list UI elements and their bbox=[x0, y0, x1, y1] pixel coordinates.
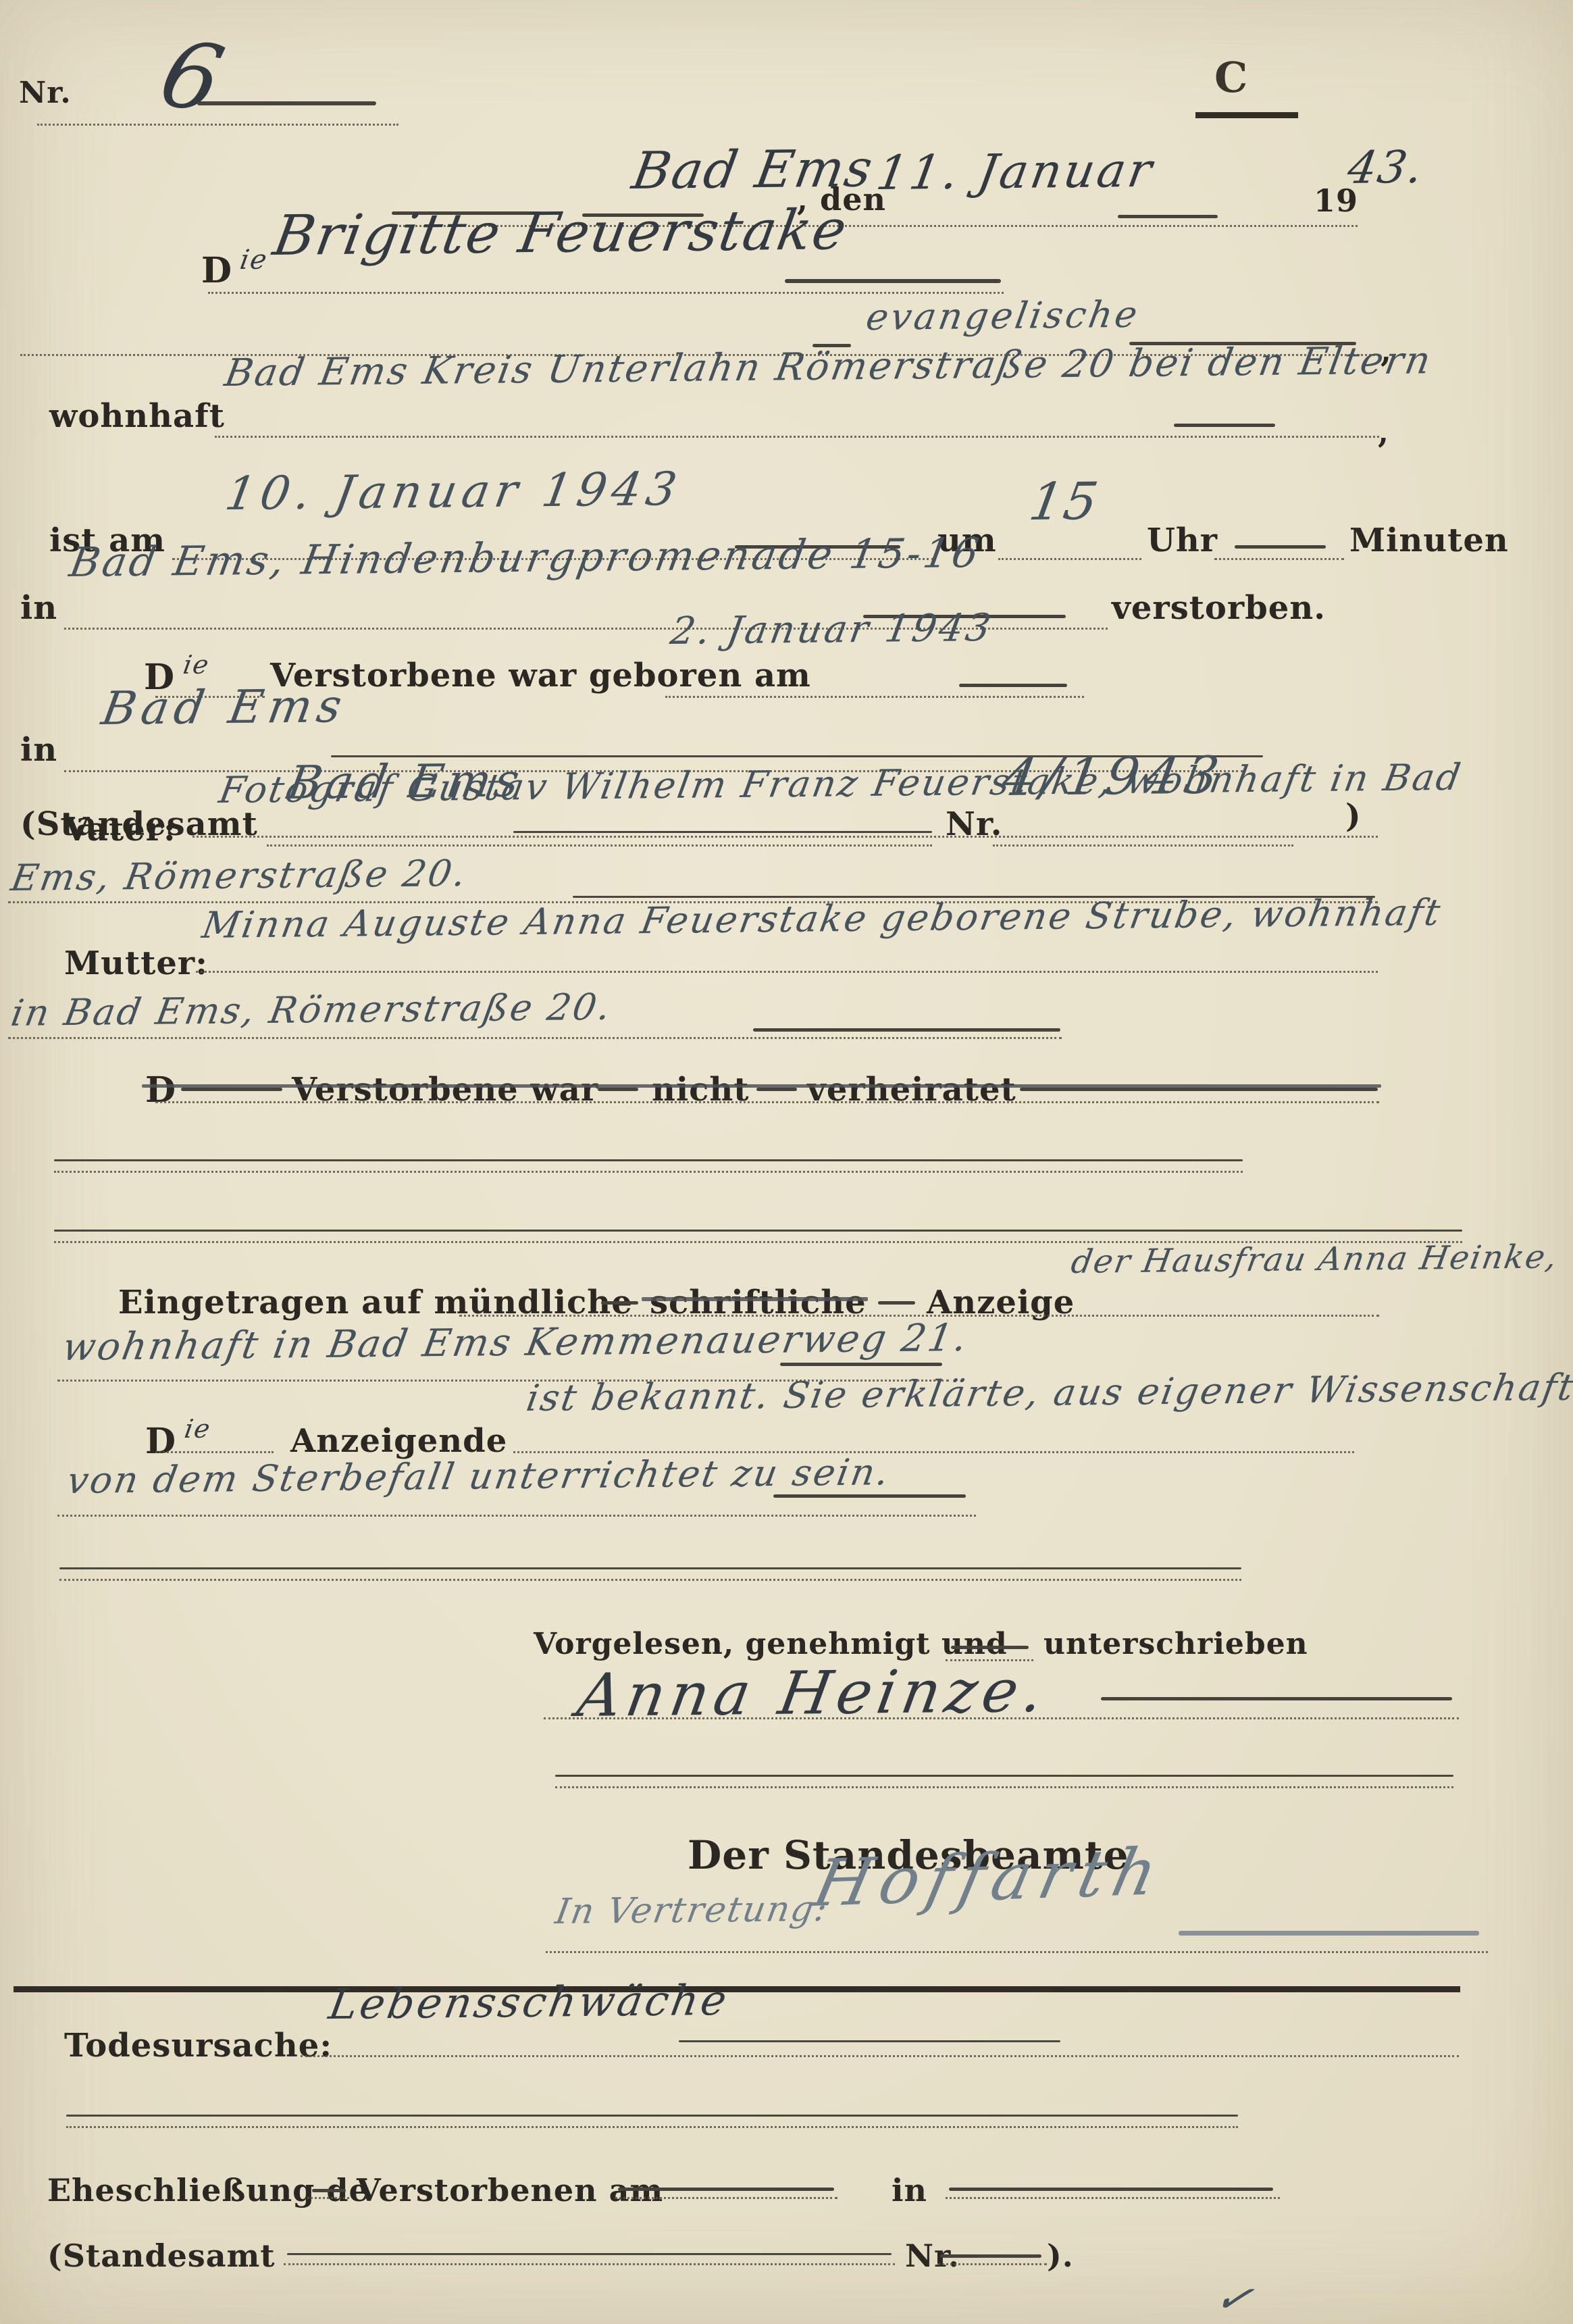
marriage-close-label: ). bbox=[1047, 2238, 1074, 2274]
dash bbox=[878, 1301, 915, 1305]
birthplace-handwritten: Bad Ems bbox=[98, 680, 351, 736]
article-printed: D bbox=[201, 250, 232, 291]
class-letter-underline bbox=[1195, 112, 1298, 118]
blank-fill bbox=[959, 684, 1067, 687]
declaration-line1-handwritten: ist bekannt. Sie erklärte, aus eigener W… bbox=[523, 1366, 1573, 1419]
dotted-line bbox=[54, 1171, 1243, 1173]
blank-rule bbox=[287, 2253, 892, 2255]
signed-label: unterschrieben bbox=[1043, 1627, 1308, 1661]
dotted-line bbox=[215, 436, 1379, 438]
born-on-label: Verstorbene war geboren am bbox=[270, 657, 811, 694]
dotted-line bbox=[998, 558, 1141, 560]
blank-fill bbox=[773, 1494, 966, 1498]
dotted-line bbox=[555, 1786, 1453, 1788]
death-address-handwritten: Bad Ems, Hindenburgpromenade 15-16 bbox=[66, 530, 985, 586]
blank-rule bbox=[54, 1230, 1462, 1232]
blank-fill bbox=[1235, 545, 1326, 549]
blank-fill bbox=[780, 1363, 942, 1366]
article-handwritten: ie bbox=[181, 650, 212, 680]
religion-handwritten: evangelische bbox=[863, 293, 1143, 338]
dotted-line bbox=[192, 836, 1378, 838]
class-letter: C bbox=[1214, 53, 1248, 102]
blank-fill bbox=[785, 279, 1001, 283]
article-handwritten: ie bbox=[182, 1414, 213, 1444]
dotted-line bbox=[615, 2197, 837, 2199]
nr-value-handwritten: 6 bbox=[150, 20, 234, 134]
minuten-label: Minuten bbox=[1349, 522, 1509, 559]
comma-printed: , bbox=[1378, 413, 1389, 450]
dotted-line bbox=[546, 1951, 1488, 1953]
cause-of-death-label: Todesursache: bbox=[64, 2027, 332, 2065]
dash bbox=[756, 1088, 797, 1091]
section-divider-rule bbox=[14, 1986, 1460, 1992]
dotted-line bbox=[37, 124, 398, 126]
dotted-line bbox=[196, 971, 1378, 973]
dotted-line bbox=[155, 1101, 1379, 1103]
blank-fill bbox=[753, 1028, 1060, 1032]
marriage-label2: Verstorbenen am bbox=[357, 2172, 663, 2208]
blank-rule bbox=[679, 2040, 1060, 2042]
blank-fill bbox=[951, 1646, 1029, 1649]
blank-fill bbox=[949, 2188, 1273, 2191]
marital-article: D bbox=[145, 1069, 176, 1111]
blank-rule bbox=[54, 1159, 1243, 1161]
dotted-line bbox=[284, 2263, 895, 2265]
strike-through-line bbox=[642, 1297, 868, 1301]
article-handwritten: ie bbox=[238, 245, 270, 276]
dotted-line bbox=[937, 2263, 1047, 2265]
informant-residence-handwritten: wohnhaft in Bad Ems Kemmenauerweg 21. bbox=[59, 1316, 972, 1369]
blank-fill bbox=[197, 101, 376, 105]
dotted-line bbox=[307, 2197, 349, 2199]
dotted-line bbox=[59, 1579, 1241, 1581]
blank-fill bbox=[940, 2254, 1041, 2258]
marriage-in-label: in bbox=[892, 2172, 927, 2208]
residence-label: wohnhaft bbox=[49, 397, 225, 435]
checkmark-annotation: ✓ bbox=[1209, 2271, 1260, 2324]
year-handwritten: 43. bbox=[1344, 141, 1428, 194]
dotted-line bbox=[8, 1037, 1062, 1039]
blank-fill bbox=[1174, 424, 1275, 427]
mother-line1-handwritten: Minna Auguste Anna Feuerstake geborene S… bbox=[199, 891, 1445, 946]
birth-date-handwritten: 2. Januar 1943 bbox=[667, 606, 996, 653]
dotted-line bbox=[544, 1717, 1459, 1719]
marriage-registry-label: (Standesamt bbox=[47, 2238, 276, 2274]
blank-fill bbox=[1101, 1697, 1452, 1700]
blank-fill bbox=[1118, 215, 1218, 218]
verstorben-label: verstorben. bbox=[1112, 589, 1326, 627]
blank-rule bbox=[513, 831, 932, 833]
deceased-name-handwritten: Brigitte Feuerstake bbox=[269, 198, 852, 268]
blank-rule bbox=[59, 1567, 1241, 1569]
deputy-label-handwritten: In Vertretung: bbox=[552, 1889, 831, 1932]
in-label: in bbox=[20, 589, 57, 627]
blank-fill bbox=[181, 1088, 282, 1091]
strike-through-line bbox=[142, 1084, 1381, 1088]
uhr-label: Uhr bbox=[1147, 522, 1218, 559]
cause-of-death-handwritten: Lebensschwäche bbox=[326, 1975, 733, 2029]
death-hour-handwritten: 15 bbox=[1025, 471, 1104, 532]
registry-close: ) bbox=[1345, 797, 1362, 835]
blank-rule bbox=[555, 1775, 1453, 1777]
father-label: Vater: bbox=[64, 811, 176, 849]
article-printed: D bbox=[145, 1421, 176, 1462]
dotted-line bbox=[66, 2126, 1238, 2128]
dash bbox=[601, 1301, 638, 1305]
dash bbox=[312, 2189, 346, 2192]
declaration-line2-handwritten: von dem Sterbefall unterrichtet zu sein. bbox=[64, 1450, 894, 1502]
nr-label: Nr. bbox=[19, 76, 72, 110]
father-line2-handwritten: Ems, Römerstraße 20. bbox=[8, 852, 471, 899]
mother-line2-handwritten: in Bad Ems, Römerstraße 20. bbox=[8, 986, 615, 1034]
registrar-signature: Hoffarth bbox=[807, 1834, 1172, 1921]
dotted-line bbox=[155, 1451, 274, 1453]
blank-fill bbox=[618, 2188, 834, 2191]
dash bbox=[598, 1088, 638, 1091]
blank-rule bbox=[66, 2115, 1238, 2117]
dotted-line bbox=[946, 2197, 1280, 2199]
blank-fill bbox=[1179, 1931, 1479, 1936]
residence-handwritten: Bad Ems Kreis Unterlahn Römerstraße 20 b… bbox=[222, 338, 1435, 395]
blank-fill bbox=[1020, 1088, 1378, 1091]
dotted-line bbox=[665, 696, 1084, 698]
informant-handwritten: der Hausfrau Anna Heinke, bbox=[1068, 1238, 1561, 1281]
anzeigende-label: Anzeigende bbox=[290, 1422, 507, 1460]
death-date-handwritten: 10. Januar 1943 bbox=[222, 463, 686, 521]
dotted-line bbox=[993, 844, 1293, 847]
dotted-line bbox=[301, 2055, 1459, 2057]
dotted-line bbox=[208, 292, 1004, 294]
record-date-handwritten: 11. Januar bbox=[873, 143, 1158, 201]
mother-label: Mutter: bbox=[64, 944, 208, 982]
dotted-line bbox=[267, 844, 932, 847]
in-label: in bbox=[20, 731, 57, 769]
read-approved-label: Vorgelesen, genehmigt und bbox=[534, 1627, 1008, 1661]
death-register-form: Nr. 6 C Bad Ems , den 11. Januar 19 43. … bbox=[0, 0, 1573, 2324]
dotted-line bbox=[57, 1515, 976, 1517]
dotted-line bbox=[1214, 558, 1344, 560]
